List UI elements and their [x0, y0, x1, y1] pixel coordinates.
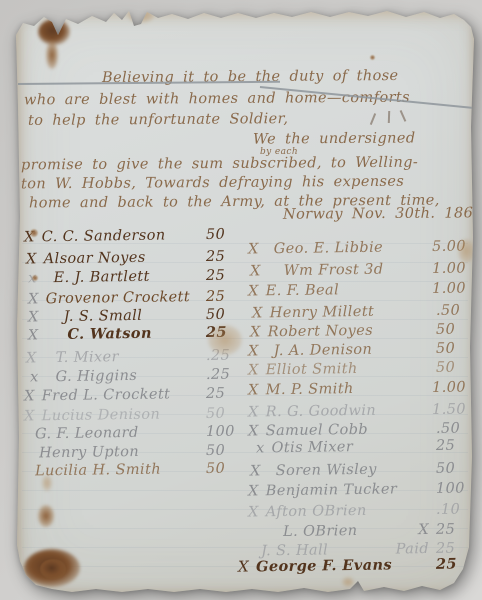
x-mark: X	[248, 504, 259, 520]
x-mark: X	[250, 324, 261, 340]
subscriber-amount: 50	[206, 227, 236, 243]
subscriber-row: X Wm Frost 3d 1.00	[250, 260, 466, 279]
subscriber-name: G. F. Leonard	[35, 425, 139, 442]
subscriber-name: T. Mixer	[56, 349, 119, 366]
subscriber-row: L. OBrien X 25	[248, 521, 466, 540]
subscriber-row: X Robert Noyes 50	[250, 321, 466, 340]
subscriber-amount: .25	[206, 367, 236, 383]
dateline: Norway Nov. 30th. 1862	[283, 205, 482, 222]
subscriber-name: Robert Noyes	[268, 323, 374, 340]
subscriber-amount: 50	[436, 340, 466, 356]
heading-line-2: who are blest with homes and home—comfor…	[24, 90, 410, 109]
subscriber-name: E. J. Bartlett	[53, 269, 149, 286]
subscriber-row: x Otis Mixer 25	[256, 438, 466, 457]
subscriber-row: X C. Watson 25	[28, 324, 236, 344]
subscriber-row: X Lucius Denison 50	[24, 406, 236, 425]
x-mark: X	[248, 382, 259, 398]
subscriber-row: X Geo. E. Libbie 5.00	[248, 238, 466, 257]
x-mark: X	[28, 309, 39, 325]
subscriber-row: X J. S. Small 50	[28, 307, 236, 326]
subscriber-row: X E. F. Beal 1.00	[248, 280, 466, 299]
x-mark: X	[28, 327, 39, 343]
x-mark: X	[248, 362, 259, 378]
subscriber-amount: 50	[206, 443, 236, 459]
subscriber-row: X Henry Millett .50	[252, 303, 466, 322]
subscriber-name: Soren Wisley	[276, 462, 377, 479]
stain	[458, 239, 474, 263]
stain	[38, 505, 54, 527]
subscriber-amount: .50	[436, 303, 466, 319]
subscriber-name: Henry Upton	[39, 444, 139, 461]
subscriber-amount: 25	[206, 268, 236, 284]
subscriber-amount: 1.00	[432, 379, 466, 395]
stain	[32, 275, 38, 281]
stain	[128, 9, 154, 23]
x-mark: X	[28, 291, 39, 307]
subscriber-name: Lucilia H. Smith	[35, 462, 161, 480]
x-mark: X	[248, 241, 259, 257]
subscriber-name: J. A. Denison	[274, 342, 373, 359]
subscriber-row: Lucilia H. Smith 50	[28, 461, 236, 480]
stain	[60, 7, 80, 19]
subscriber-amount: 1.50	[432, 401, 466, 417]
x-mark: X	[248, 423, 259, 439]
subscriber-name: Otis Mixer	[271, 439, 353, 456]
document-paper: Believing it to be the duty of those who…	[16, 7, 474, 593]
stain	[42, 475, 52, 491]
x-mark: X	[238, 557, 249, 575]
subscriber-row: X T. Mixer .25	[26, 348, 236, 367]
x-mark: X	[24, 388, 35, 404]
subscriber-row: X Afton OBrien .10	[248, 501, 466, 520]
subscriber-amount: 50	[206, 461, 236, 477]
subscriber-amount: 25	[206, 249, 236, 265]
subscriber-name: M. P. Smith	[266, 381, 354, 398]
stain	[40, 559, 66, 579]
x-mark: X	[248, 483, 259, 499]
subscriber-name: C. C. Sanderson	[42, 228, 166, 246]
subscriber-row: X Elliot Smith 50	[248, 359, 466, 378]
stain	[30, 229, 38, 237]
subscriber-name: Fred L. Crockett	[42, 386, 171, 404]
subscriber-name: George F. Evans	[256, 556, 392, 575]
photo-backdrop: Believing it to be the duty of those who…	[0, 0, 482, 600]
pen-flourish	[370, 113, 376, 125]
subscriber-row: X Grovenor Crockett 25	[28, 289, 236, 308]
subscriber-row: G. F. Leonard 100	[28, 424, 236, 443]
stain	[208, 325, 242, 355]
subscriber-amount: 25	[436, 521, 466, 537]
x-mark: X	[248, 343, 259, 359]
x-mark: X	[24, 408, 35, 424]
subscriber-amount: 50	[436, 321, 466, 337]
pen-flourish	[388, 111, 390, 123]
stain	[370, 55, 375, 60]
subscriber-amount: 100	[206, 424, 236, 440]
subscriber-amount: 1.00	[432, 260, 466, 276]
subscriber-row: X Alsoar Noyes 25	[26, 249, 236, 268]
subscriber-row: x G. Higgins .25	[30, 367, 236, 386]
subscriber-amount: 25	[436, 555, 466, 572]
subscriber-name: Alsoar Noyes	[44, 250, 146, 267]
subscriber-row: X Fred L. Crockett 25	[24, 386, 236, 405]
subscriber-name: E. F. Beal	[266, 282, 340, 299]
subscriber-amount: .10	[436, 501, 466, 517]
subscriber-amount: 50	[206, 307, 236, 323]
subscriber-amount: 25	[206, 289, 236, 305]
subscriber-amount: 50	[206, 406, 236, 422]
heading-line-4: We the undersigned	[253, 130, 416, 147]
subscriber-name: G. Higgins	[55, 368, 137, 385]
subscriber-row: Henry Upton 50	[32, 443, 236, 462]
x-mark: x	[30, 369, 39, 385]
subscriber-amount: 50	[436, 359, 466, 375]
subscriber-name: Benjamin Tucker	[266, 481, 398, 499]
subscriber-row: X Soren Wisley 50	[250, 460, 466, 479]
subscriber-name: Lucius Denison	[42, 407, 161, 425]
subscriber-row: x E. J. Bartlett 25	[28, 268, 236, 287]
subscriber-name: Grovenor Crockett	[46, 289, 191, 307]
x-mark: X	[248, 404, 259, 420]
subscriber-name: Wm Frost 3d	[284, 262, 384, 279]
subscriber-row: X C. C. Sanderson 50	[24, 227, 236, 246]
x-mark: X	[252, 305, 263, 321]
subscriber-name: Elliot Smith	[266, 361, 358, 378]
subscriber-amount: 50	[436, 460, 466, 476]
heading-line-6: ton W. Hobbs, Towards defraying his expe…	[21, 174, 404, 193]
subscriber-row: X Benjamin Tucker 100	[248, 480, 466, 499]
heading-line-5: promise to give the sum subscribed, to W…	[21, 155, 418, 174]
subscriber-row: X R. G. Goodwin 1.50	[248, 401, 466, 420]
subscriber-name: L. OBrien	[283, 523, 358, 540]
subscriber-row: X Samuel Cobb .50	[248, 420, 466, 439]
subscriber-name: C. Watson	[67, 325, 152, 343]
subscriber-name: Samuel Cobb	[266, 422, 369, 439]
x-mark: X	[26, 350, 37, 366]
paper-wrapper: Believing it to be the duty of those who…	[16, 7, 474, 593]
subscriber-row: X J. A. Denison 50	[248, 340, 466, 359]
stain	[342, 577, 354, 587]
x-mark: x	[256, 440, 265, 456]
stain	[46, 41, 58, 69]
subscriber-name: R. G. Goodwin	[266, 403, 377, 421]
subscriber-row: X George F. Evans 25	[238, 554, 466, 575]
subscriber-amount: 25	[436, 438, 466, 454]
x-mark: X	[26, 251, 37, 267]
subscriber-amount: 1.00	[432, 280, 466, 296]
subscriber-note: X	[418, 522, 429, 538]
subscriber-amount: 25	[206, 386, 236, 402]
subscriber-name: J. S. Small	[64, 308, 143, 325]
x-mark: X	[248, 283, 259, 299]
x-mark: X	[250, 463, 261, 479]
heading-line-3: to help the unfortunate Soldier,	[28, 111, 288, 129]
subscriber-name: Geo. E. Libbie	[274, 240, 384, 258]
subscriber-name: Afton OBrien	[266, 503, 367, 520]
subscriber-amount: .50	[436, 420, 466, 436]
subscriber-row: X M. P. Smith 1.00	[248, 379, 466, 398]
subscriber-name: Henry Millett	[270, 304, 375, 321]
x-mark: X	[250, 263, 261, 279]
pen-flourish	[400, 110, 406, 122]
subscriber-amount: 100	[436, 480, 466, 496]
